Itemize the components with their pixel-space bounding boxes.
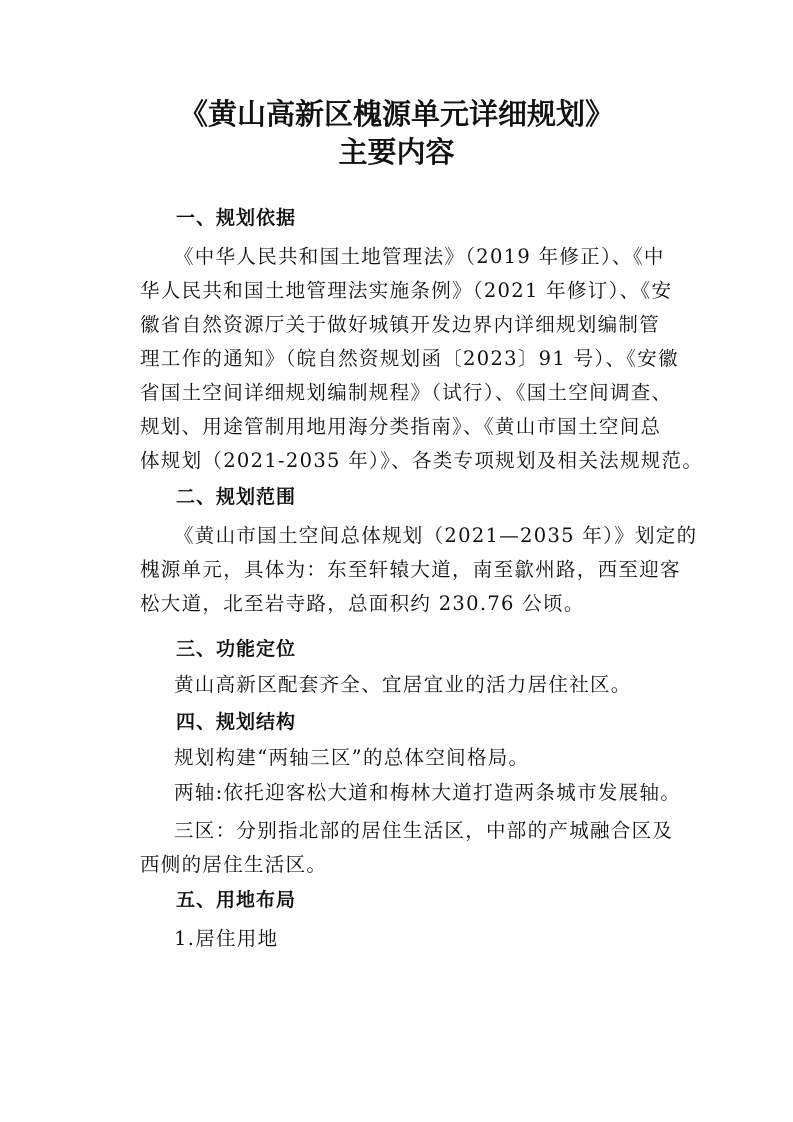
- paragraph-line: 省国土空间详细规划编制规程》（试行）、《国土空间调查、: [140, 378, 670, 408]
- paragraph-line: 体规划（2021-2035 年）》、各类专项规划及相关法规规范。: [140, 446, 670, 476]
- paragraph-line: 槐源单元，具体为：东至轩辕大道，南至歙州路，西至迎客: [140, 555, 670, 585]
- paragraph-line: 三区：分别指北部的居住生活区，中部的产城融合区及: [174, 816, 704, 846]
- section-heading-land-use: 五、用地布局: [176, 885, 706, 915]
- paragraph-line: 徽省自然资源厅关于做好城镇开发边界内详细规划编制管: [140, 310, 670, 340]
- section-heading-basis: 一、规划依据: [176, 203, 706, 233]
- document-subtitle: 主要内容: [0, 130, 793, 171]
- paragraph-line: 1.居住用地: [174, 924, 704, 954]
- paragraph-line: 《中华人民共和国土地管理法》（2019 年修正）、《中: [174, 242, 704, 272]
- paragraph-line: 理工作的通知》（皖自然资规划函〔2023〕91 号）、《安徽: [140, 344, 670, 374]
- paragraph-line: 黄山高新区配套齐全、宜居宜业的活力居住社区。: [174, 670, 704, 700]
- section-heading-structure: 四、规划结构: [176, 707, 706, 737]
- paragraph-line: 《黄山市国土空间总体规划（2021—2035 年）》划定的: [174, 521, 704, 551]
- section-heading-positioning: 三、功能定位: [176, 634, 706, 664]
- paragraph-line: 松大道，北至岩寺路，总面积约 230.76 公顷。: [140, 589, 670, 619]
- document-title: 《黄山高新区槐源单元详细规划》: [0, 92, 793, 133]
- paragraph-line: 西侧的居住生活区。: [140, 850, 670, 880]
- paragraph-line: 华人民共和国土地管理法实施条例》（2021 年修订）、《安: [140, 276, 670, 306]
- section-heading-scope: 二、规划范围: [176, 482, 706, 512]
- paragraph-line: 规划构建“两轴三区”的总体空间格局。: [174, 743, 704, 773]
- paragraph-line: 规划、用途管制用地用海分类指南》、《黄山市国土空间总: [140, 412, 670, 442]
- paragraph-line: 两轴:依托迎客松大道和梅林大道打造两条城市发展轴。: [174, 778, 704, 808]
